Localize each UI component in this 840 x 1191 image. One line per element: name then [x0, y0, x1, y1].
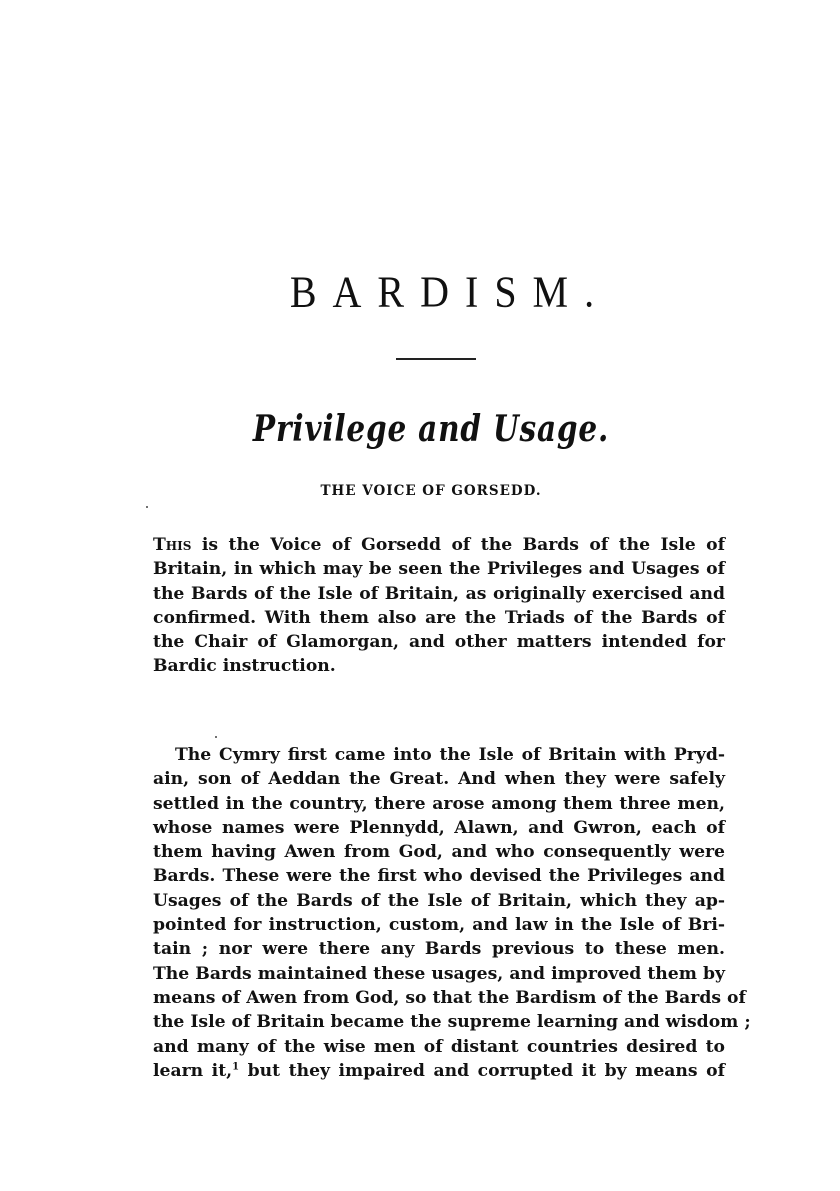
- text-line: learn it,1 but they impaired and corrupt…: [153, 1059, 725, 1083]
- print-speck: [146, 506, 148, 508]
- text-line: pointed for instruction, custom, and law…: [153, 913, 725, 937]
- text-line: and many of the wise men of distant coun…: [153, 1035, 725, 1059]
- text-line: The Cymry first came into the Isle of Br…: [153, 743, 725, 767]
- title-divider-rule: [396, 358, 476, 360]
- book-page: BARDISM. Privilege and Usage. THE VOICE …: [0, 0, 840, 1191]
- text-line: Bardic instruction.: [153, 654, 725, 678]
- text-line: Britain, in which may be seen the Privil…: [153, 557, 725, 581]
- text-line: Usages of the Bards of the Isle of Brita…: [153, 889, 725, 913]
- text-line: the Isle of Britain became the supreme l…: [153, 1010, 725, 1034]
- text-line: ain, son of Aeddan the Great. And when t…: [153, 767, 725, 791]
- lead-word: This: [153, 535, 191, 555]
- page-title: BARDISM.: [0, 266, 840, 318]
- text-line: the Chair of Glamorgan, and other matter…: [153, 630, 725, 654]
- text-line: Bards. These were the first who devised …: [153, 864, 725, 888]
- text-line: This is the Voice of Gorsedd of the Bard…: [153, 533, 725, 557]
- text-line: whose names were Plennydd, Alawn, and Gw…: [153, 816, 725, 840]
- print-speck: [215, 736, 217, 738]
- section-heading: THE VOICE OF GORSEDD.: [0, 483, 840, 499]
- text-line: the Bards of the Isle of Britain, as ori…: [153, 582, 725, 606]
- text-line: The Bards maintained these usages, and i…: [153, 962, 725, 986]
- text-line: them having Awen from God, and who conse…: [153, 840, 725, 864]
- text-line: settled in the country, there arose amon…: [153, 792, 725, 816]
- body-paragraph: The Cymry first came into the Isle of Br…: [153, 743, 725, 1083]
- blackletter-subtitle: Privilege and Usage.: [78, 408, 785, 450]
- intro-paragraph: This is the Voice of Gorsedd of the Bard…: [153, 533, 725, 679]
- text-line: tain ; nor were there any Bards previous…: [153, 937, 725, 961]
- text-line: means of Awen from God, so that the Bard…: [153, 986, 725, 1010]
- text-line: confirmed. With them also are the Triads…: [153, 606, 725, 630]
